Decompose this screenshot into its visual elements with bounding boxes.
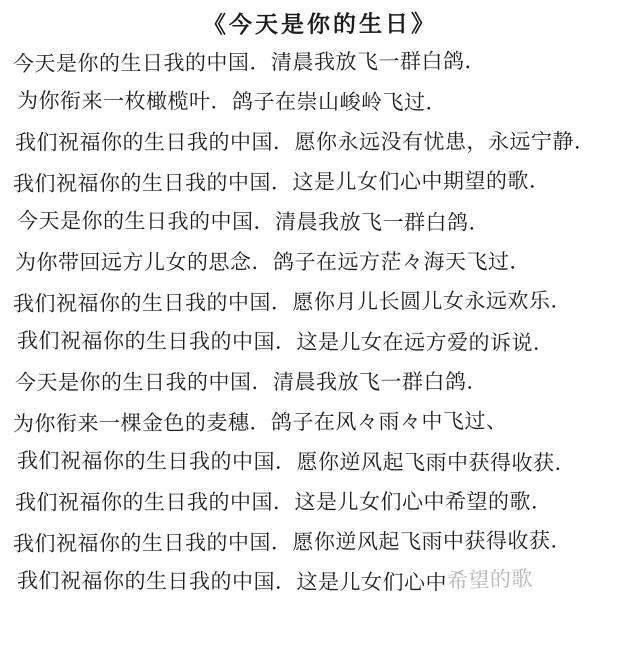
lyric-line: 今天是你的生日我的中国．清晨我放飞一群白鸽．: [13, 201, 634, 244]
lyric-line: 为你衔来一枚橄榄叶．鸽子在崇山峻岭飞过．: [13, 81, 634, 124]
lyric-line: 为你带回远方儿女的思念．鸽子在远方茫々海天飞过．: [13, 241, 634, 282]
lyric-line-text: 我们祝福你的生日我的中国．这是儿女们心中: [17, 569, 447, 595]
lyric-line-text: 我们祝福你的生日我的中国．这是儿女们心中期望的歌．: [13, 169, 551, 196]
lyric-line-text: 我们祝福你的生日我的中国．这是儿女在远方爱的诉说．: [17, 329, 555, 355]
lyric-line: 我们祝福你的生日我的中国．愿你月儿长圆儿女永远欢乐．: [13, 280, 634, 324]
lyric-line: 我们祝福你的生日我的中国．这是儿女们心中期望的歌．: [13, 160, 634, 204]
lyric-line: 今天是你的生日我的中国．清晨我放飞一群白鸽．: [13, 361, 634, 402]
lyric-line: 我们祝福你的生日我的中国．这是儿女们心中希望的歌: [13, 561, 634, 604]
lyric-line-text: 我们祝福你的生日我的中国．愿你逆风起飞雨中获得收获．: [13, 528, 572, 555]
lyrics-lines: 今天是你的生日我的中国．清晨我放飞一群白鸽．为你衔来一枚橄榄叶．鸽子在崇山峻岭飞…: [0, 42, 640, 602]
lyric-line-text: 我们祝福你的生日我的中国．愿你月儿长圆儿女永远欢乐．: [13, 288, 572, 315]
handwritten-lyrics-page: 《今天是你的生日》 今天是你的生日我的中国．清晨我放飞一群白鸽．为你衔来一枚橄榄…: [0, 0, 640, 658]
lyric-line-text: 为你衔来一枚橄榄叶．鸽子在崇山峻岭飞过．: [17, 89, 447, 115]
lyric-line: 我们祝福你的生日我的中国．这是儿女们心中希望的歌．: [13, 481, 634, 522]
lyric-line-text: 我们祝福你的生日我的中国．愿你逆风起飞雨中获得收获．: [17, 449, 576, 475]
lyric-line-text: 今天是你的生日我的中国．清晨我放飞一群白鸽．: [13, 49, 486, 76]
song-title: 《今天是你的生日》: [0, 0, 640, 44]
lyric-line: 我们祝福你的生日我的中国．愿你永远没有忧患，永远宁静．: [13, 121, 634, 162]
lyric-line: 我们祝福你的生日我的中国．愿你逆风起飞雨中获得收获．: [13, 520, 634, 564]
lyric-line-text: 今天是你的生日我的中国．清晨我放飞一群白鸽．: [15, 370, 488, 395]
lyric-line-text: 我们祝福你的生日我的中国．愿你永远没有忧患，永远宁静．: [15, 130, 596, 155]
lyric-line: 今天是你的生日我的中国．清晨我放飞一群白鸽．: [13, 40, 634, 84]
lyric-line-faded-text: 希望的歌: [446, 558, 533, 601]
lyric-line: 我们祝福你的生日我的中国．这是儿女在远方爱的诉说．: [13, 321, 634, 364]
lyric-line-text: 为你带回远方儿女的思念．鸽子在远方茫々海天飞过．: [15, 250, 531, 275]
lyric-line-text: 今天是你的生日我的中国．清晨我放飞一群白鸽．: [17, 209, 490, 235]
lyric-line: 为你衔来一棵金色的麦穗．鸽子在风々雨々中飞过、: [13, 400, 634, 444]
lyric-line-text: 为你衔来一棵金色的麦穗．鸽子在风々雨々中飞过、: [13, 409, 508, 436]
lyric-line: 我们祝福你的生日我的中国．愿你逆风起飞雨中获得收获．: [13, 441, 634, 484]
lyric-line-text: 我们祝福你的生日我的中国．这是儿女们心中希望的歌．: [15, 490, 553, 515]
